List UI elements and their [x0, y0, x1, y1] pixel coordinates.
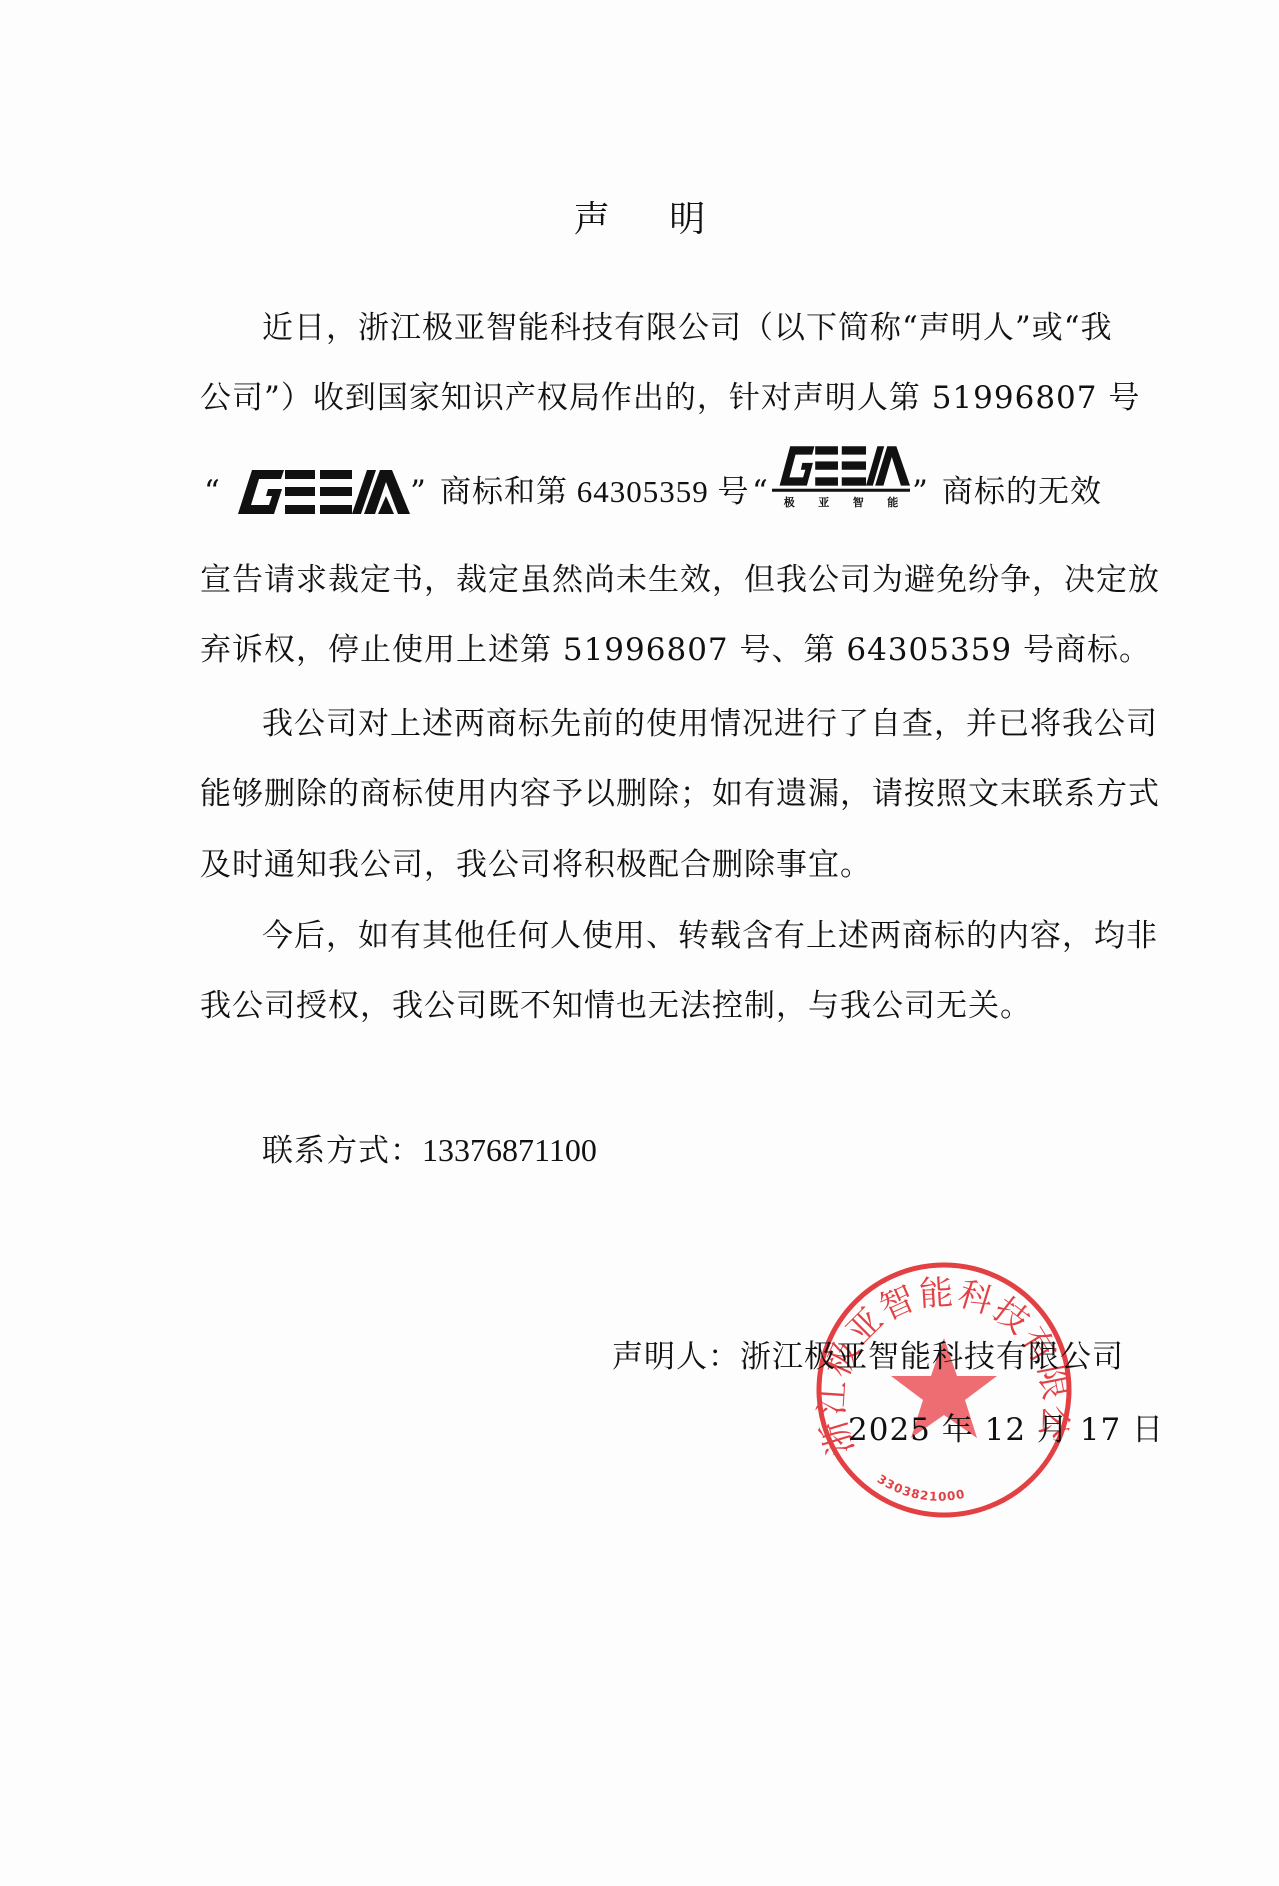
geeva-logo-icon — [228, 470, 410, 514]
geeva-logo-icon — [772, 446, 910, 492]
logo-subtitle-char: 极 — [784, 496, 795, 510]
paragraph-2-line-3: 及时通知我公司，我公司将积极配合删除事宜。 — [200, 843, 1100, 887]
paragraph-1-line-4: 弃诉权，停止使用上述第 51996807 号、第 64305359 号商标。 — [200, 628, 1100, 672]
paragraph-2-line-1: 我公司对上述两商标先前的使用情况进行了自查，并已将我公司 — [200, 702, 1162, 746]
document-page: 声 明 近日，浙江极亚智能科技有限公司（以下简称“声明人”或“我 公司”）收到国… — [0, 0, 1279, 1886]
open-quote-2: “ — [752, 470, 768, 514]
open-quote-1: “ — [204, 470, 220, 514]
close-quote-2: ” — [912, 470, 928, 514]
signer-company: 浙江极亚智能科技有限公司 — [740, 1339, 1124, 1375]
svg-text:3303821000: 3303821000 — [875, 1472, 967, 1504]
company-seal-icon: 浙江极亚智能科技有限公司 3303821000 — [815, 1260, 1073, 1520]
paragraph-2-line-2: 能够删除的商标使用内容予以删除；如有遗漏，请按照文末联系方式 — [200, 772, 1100, 816]
paragraph-3-line-1: 今后，如有其他任何人使用、转载含有上述两商标的内容，均非 — [200, 914, 1162, 958]
signer-label: 声明人： — [612, 1339, 740, 1375]
paragraph-1-line-2: 公司”）收到国家知识产权局作出的，针对声明人第 51996807 号 — [200, 376, 1100, 420]
document-title: 声 明 — [0, 196, 1279, 244]
paragraph-1-line-3: 宣告请求裁定书，裁定虽然尚未生效，但我公司为避免纷争，决定放 — [200, 558, 1100, 602]
logo-subtitle: 极 亚 智 能 — [772, 496, 910, 510]
logo-line-end-text: 商标的无效 — [942, 470, 1102, 514]
close-quote-1: ” — [410, 470, 426, 514]
contact-phone: 13376871100 — [422, 1132, 597, 1168]
paragraph-3-line-2: 我公司授权，我公司既不知情也无法控制，与我公司无关。 — [200, 984, 1100, 1028]
contact-info: 联系方式：13376871100 — [262, 1128, 597, 1173]
logo-line-middle-text: 商标和第 64305359 号 — [440, 470, 750, 514]
signer-line: 声明人：浙江极亚智能科技有限公司 — [612, 1335, 1124, 1379]
paragraph-1-line-1: 近日，浙江极亚智能科技有限公司（以下简称“声明人”或“我 — [200, 306, 1162, 350]
geeva-jiya-logo: 极 亚 智 能 — [772, 446, 910, 512]
signature-date: 2025 年 12 月 17 日 — [848, 1408, 1164, 1452]
logo-subtitle-char: 智 — [853, 496, 864, 510]
contact-label: 联系方式： — [262, 1133, 422, 1169]
logo-subtitle-char: 能 — [887, 496, 898, 510]
logo-subtitle-char: 亚 — [818, 496, 829, 510]
